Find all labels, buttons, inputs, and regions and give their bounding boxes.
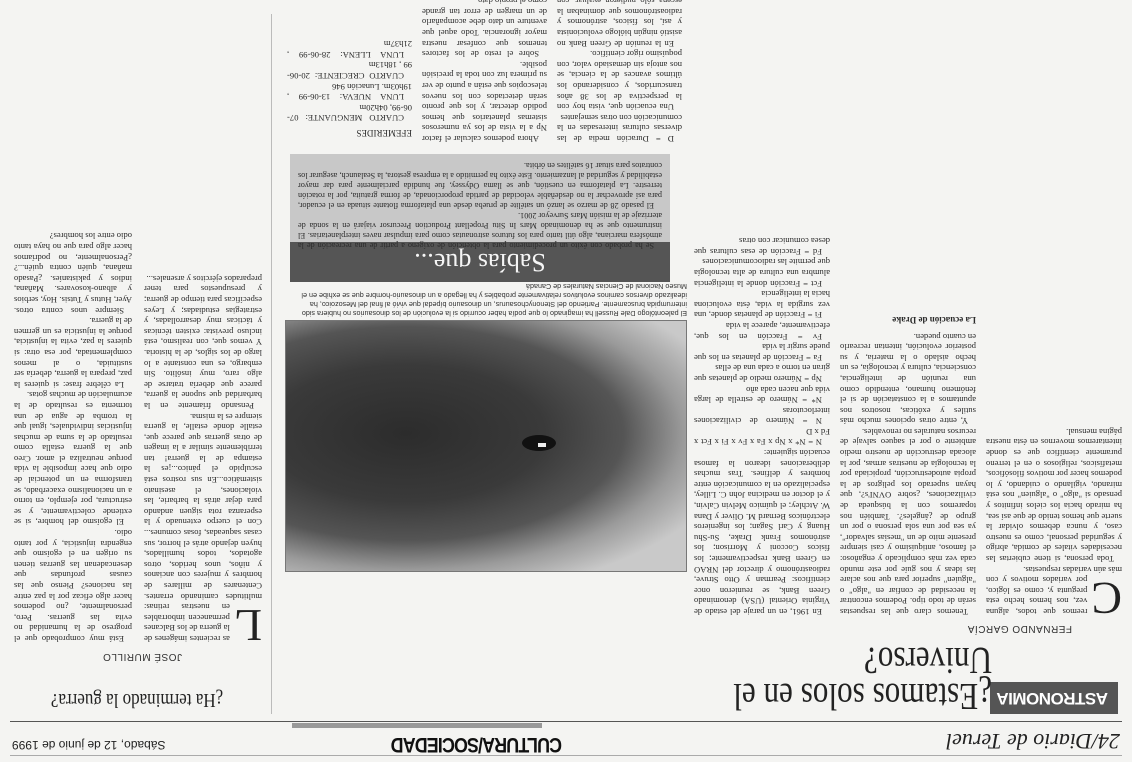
moon-phase: LUNA LLENA: 28-06-99 , 21h37m — [287, 39, 412, 60]
drake-equation: N = N* x Np x Fa x Fv x Fi x Fct x Fd x … — [694, 426, 830, 447]
moon-phase: CUARTO MENGUANTE: 07-06-99, 04h20m — [287, 102, 412, 123]
dropcap: C — [1091, 579, 1122, 617]
paragraph: Sobre el resto de los factores tenemos q… — [422, 0, 547, 59]
main-byline: FERNANDO GARCÍA — [967, 623, 1072, 634]
definition: Fi = Fracción de planetas donde, una vez… — [694, 289, 830, 321]
column-divider — [271, 14, 272, 714]
paragraph: El pasado 28 de marzo se lanzó un satéli… — [298, 160, 662, 210]
definition: N = Número de civilizaciones interlocuto… — [694, 405, 830, 426]
paragraph: Pensando fríamente en la barbaridad que … — [144, 273, 262, 411]
main-article-column-1: C reemos que todos, alguna vez, nos hemo… — [986, 426, 1122, 617]
subhead-drake: La ecuación de Drake — [840, 314, 976, 325]
moon-phase: CUARTO CRECIENTE: 20-06-99 , 18h13m — [287, 60, 412, 81]
section-title: CULTURA/SOCIEDAD — [391, 732, 562, 756]
paragraph: Siempre unos contra otros. Ayer, Hutus y… — [14, 231, 132, 316]
sabias-que-body: Se ha probado con éxito un procedimiento… — [298, 160, 662, 250]
side-byline: JOSÉ MURILLO — [103, 651, 182, 662]
efemerides-title: EFEMERIDES — [287, 127, 412, 138]
definition: Fd = Fracción de esas culturas que desea… — [694, 236, 830, 257]
main-article-column-3: En 1961, en un paraje del estado de Virg… — [694, 236, 830, 617]
side-article-column-1: L as recientes imágenes de la guerra de … — [144, 273, 262, 644]
paragraph: En 1961, en un paraje del estado de Virg… — [694, 448, 830, 618]
moon-phase: LUNA NUEVA: 13-06-99 , 19h03m. Lunación … — [287, 81, 412, 102]
efemerides-column-1: EFEMERIDES CUARTO MENGUANTE: 07-06-99, 0… — [287, 39, 412, 144]
newspaper-page: 24/Diario de Teruel CULTURA/SOCIEDAD Sáb… — [0, 0, 1132, 762]
definition: Fa = Fracción de planetas en los que pue… — [694, 342, 830, 363]
main-article-column-2: Tenemos claro que las respuestas serán d… — [840, 310, 976, 617]
main-article-column-5: Ahora podemos calcular el factor Np a la… — [422, 0, 547, 144]
paragraph: Y, entre otras opciones mucho más sutile… — [840, 331, 976, 426]
side-article-column-2: Está muy comprobado que el progreso de l… — [14, 231, 132, 644]
dinosauroid-photo — [285, 320, 687, 572]
paragraph: Tenemos claro que las respuestas serán d… — [840, 426, 976, 617]
paragraph: Ahora podemos calcular el factor Np a la… — [422, 59, 547, 144]
side-dropcap: L — [234, 606, 262, 644]
side-headline: ¿Ha terminado la guerra? — [31, 690, 244, 710]
paragraph: Está muy comprobado que el progreso de l… — [14, 527, 132, 644]
paragraph: El egoísmo del hombre, si se extiende co… — [14, 390, 132, 528]
paragraph: La célebre frase: si quieres la paz, pre… — [14, 316, 132, 390]
issue-date: Sábado, 12 de junio de 1999 — [12, 738, 165, 752]
photo-caption: El paleontólogo Dale Russell ha imaginad… — [287, 282, 687, 318]
definition: Fv = Fracción en los que, efectivamente,… — [694, 320, 830, 341]
section-bar — [292, 723, 542, 728]
header-rule — [10, 721, 1122, 722]
photo-highlight — [538, 443, 546, 447]
definition: Fct = Fracción donde la inteligencia alu… — [694, 257, 830, 289]
main-headline: ¿Estamos solos en el Universo? — [721, 642, 992, 714]
definition: N* = Número de estrella de larga vida qu… — [694, 384, 830, 405]
section-kicker: ASTRONOMIA — [990, 682, 1118, 714]
paragraph: Una ecuación que, vista hoy con la persp… — [557, 49, 682, 113]
definition: Np = Número medio de planetas que giran … — [694, 363, 830, 384]
main-article-column-4: D = Duración media de las diversas cultu… — [557, 0, 682, 144]
publication-name: 24/Diario de Teruel — [946, 728, 1120, 754]
definition: D = Duración media de las diversas cultu… — [557, 112, 682, 144]
header-top-rule — [10, 755, 1122, 756]
paragraph: En la reunión de Green Bank no asistió n… — [557, 0, 682, 49]
paragraph: Se ha probado con éxito un procedimiento… — [298, 210, 662, 250]
paragraph: Toda persona, si tiene cubiertas las nec… — [986, 426, 1122, 564]
